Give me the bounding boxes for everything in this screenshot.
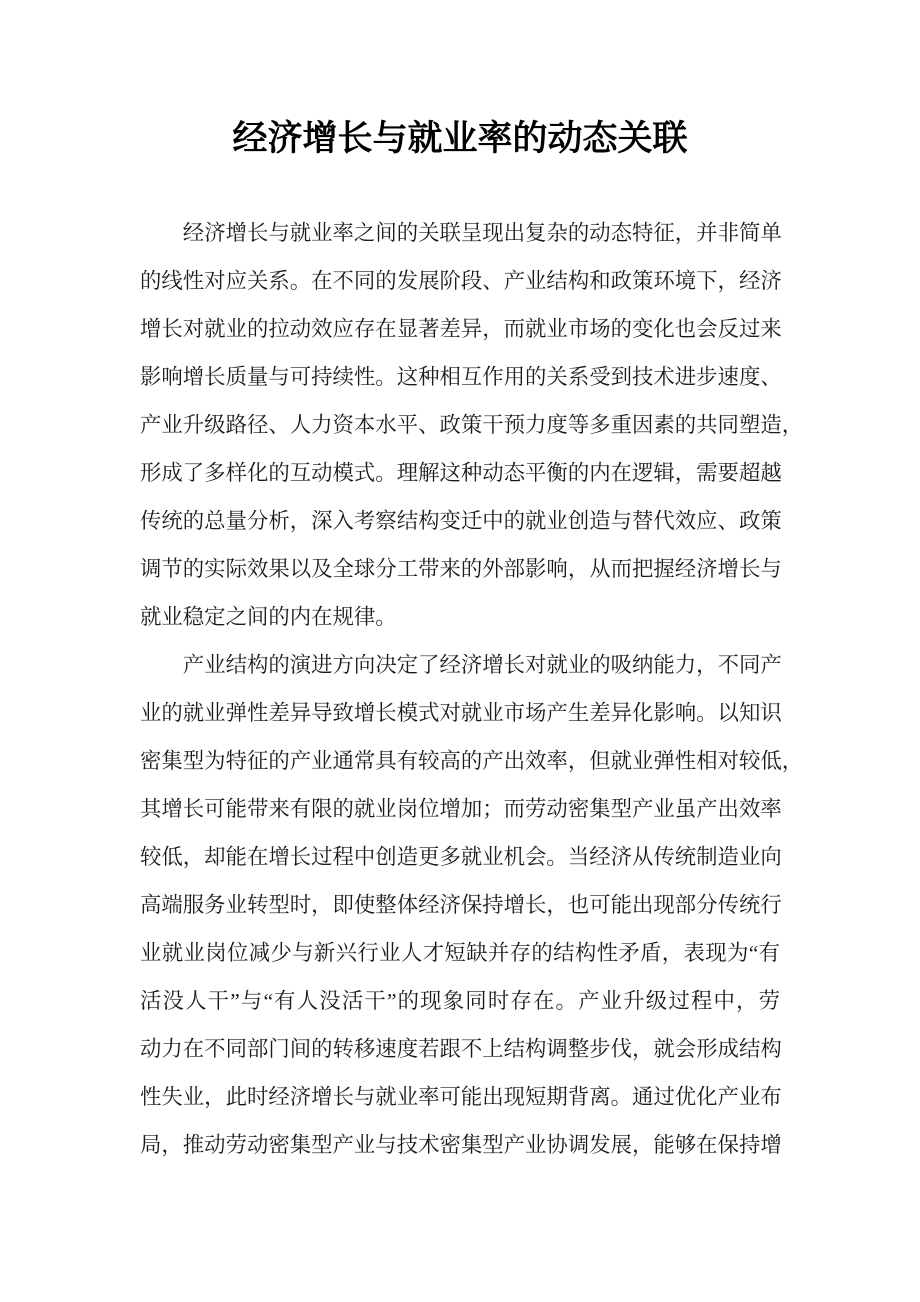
text-line: 密集型为特征的产业通常具有较高的产出效率，但就业弹性相对较低， [140, 737, 780, 785]
text-line: 其增长可能带来有限的就业岗位增加；而劳动密集型产业虽产出效率 [140, 785, 780, 833]
paragraph: 产业结构的演进方向决定了经济增长对就业的吸纳能力，不同产业的就业弹性差异导致增长… [140, 641, 780, 1169]
text-line: 业就业岗位减少与新兴行业人才短缺并存的结构性矛盾，表现为“有 [140, 929, 780, 977]
document-body: 经济增长与就业率之间的关联呈现出复杂的动态特征，并非简单的线性对应关系。在不同的… [0, 209, 920, 1169]
document-title: 经济增长与就业率的动态关联 [0, 0, 920, 160]
paragraph: 经济增长与就业率之间的关联呈现出复杂的动态特征，并非简单的线性对应关系。在不同的… [140, 209, 780, 641]
text-line: 调节的实际效果以及全球分工带来的外部影响，从而把握经济增长与 [140, 545, 780, 593]
text-line: 较低，却能在增长过程中创造更多就业机会。当经济从传统制造业向 [140, 833, 780, 881]
text-line: 就业稳定之间的内在规律。 [140, 593, 780, 641]
text-line: 动力在不同部门间的转移速度若跟不上结构调整步伐，就会形成结构 [140, 1025, 780, 1073]
text-line: 形成了多样化的互动模式。理解这种动态平衡的内在逻辑，需要超越 [140, 449, 780, 497]
text-line: 传统的总量分析，深入考察结构变迁中的就业创造与替代效应、政策 [140, 497, 780, 545]
text-line: 产业升级路径、人力资本水平、政策干预力度等多重因素的共同塑造， [140, 401, 780, 449]
text-line: 的线性对应关系。在不同的发展阶段、产业结构和政策环境下，经济 [140, 257, 780, 305]
text-line: 高端服务业转型时，即使整体经济保持增长，也可能出现部分传统行 [140, 881, 780, 929]
document-page: 经济增长与就业率的动态关联 经济增长与就业率之间的关联呈现出复杂的动态特征，并非… [0, 0, 920, 1302]
text-line: 活没人干”与“有人没活干”的现象同时存在。产业升级过程中，劳 [140, 977, 780, 1025]
text-line: 业的就业弹性差异导致增长模式对就业市场产生差异化影响。以知识 [140, 689, 780, 737]
text-line: 局，推动劳动密集型产业与技术密集型产业协调发展，能够在保持增 [140, 1121, 780, 1169]
text-line: 经济增长与就业率之间的关联呈现出复杂的动态特征，并非简单 [140, 209, 780, 257]
text-line: 影响增长质量与可持续性。这种相互作用的关系受到技术进步速度、 [140, 353, 780, 401]
text-line: 性失业，此时经济增长与就业率可能出现短期背离。通过优化产业布 [140, 1073, 780, 1121]
text-line: 增长对就业的拉动效应存在显著差异，而就业市场的变化也会反过来 [140, 305, 780, 353]
text-line: 产业结构的演进方向决定了经济增长对就业的吸纳能力，不同产 [140, 641, 780, 689]
